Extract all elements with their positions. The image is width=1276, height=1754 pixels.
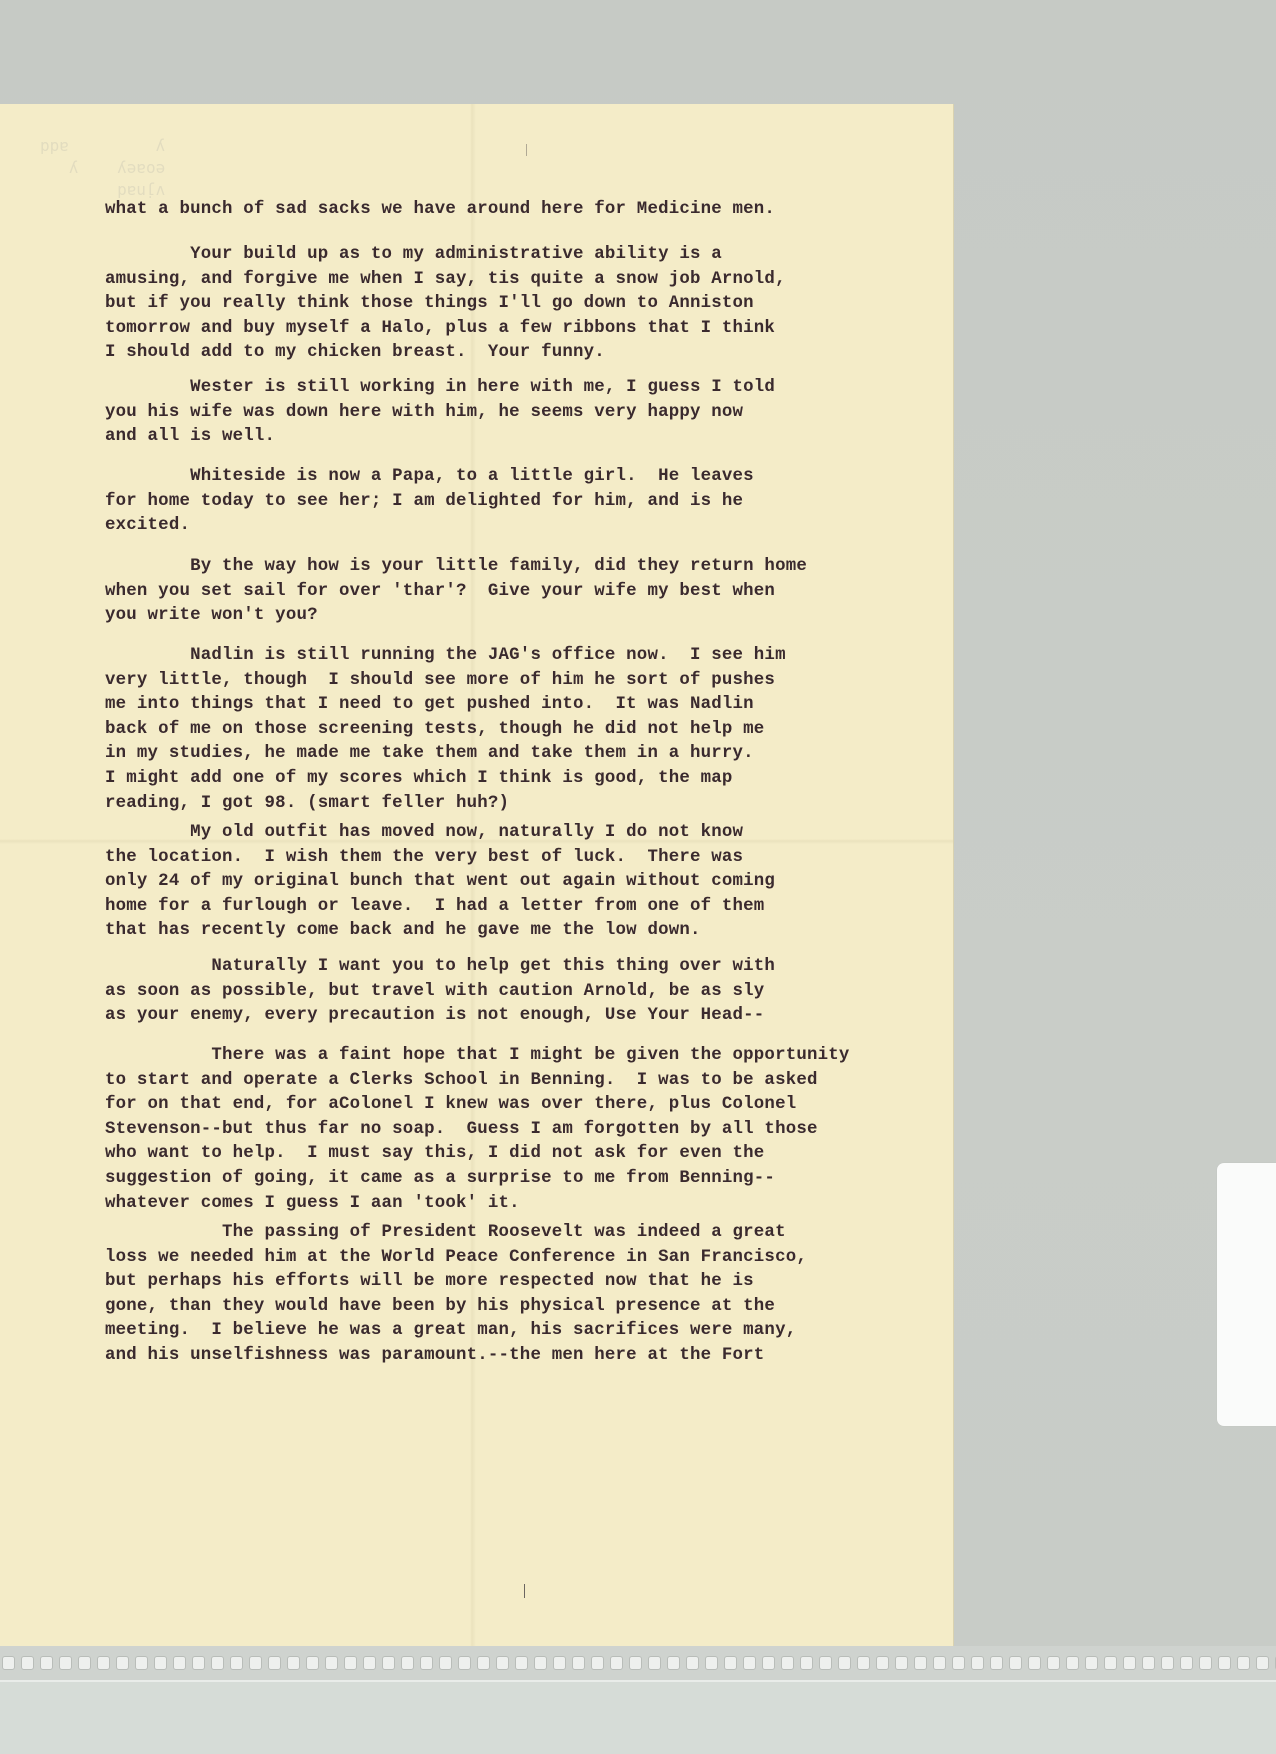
- paragraph-9: There was a faint hope that I might be g…: [105, 1044, 850, 1216]
- letter-body: what a bunch of sad sacks we have around…: [0, 104, 953, 1646]
- perforation-hole: [420, 1656, 433, 1670]
- paragraph-10: The passing of President Roosevelt was i…: [105, 1221, 807, 1369]
- index-tab: [1217, 1163, 1276, 1426]
- perforation-hole: [933, 1656, 946, 1670]
- perforation-hole: [857, 1656, 870, 1670]
- perforation-hole: [724, 1656, 737, 1670]
- plastic-sleeve-edge: [0, 1680, 1276, 1754]
- perforation-hole: [306, 1656, 319, 1670]
- perforation-hole: [667, 1656, 680, 1670]
- perforation-hole: [952, 1656, 965, 1670]
- perforation-hole: [21, 1656, 34, 1670]
- perforation-hole: [971, 1656, 984, 1670]
- perforation-hole: [401, 1656, 414, 1670]
- perforation-hole: [78, 1656, 91, 1670]
- perforation-hole: [705, 1656, 718, 1670]
- perforation-hole: [2, 1656, 15, 1670]
- perforation-hole: [591, 1656, 604, 1670]
- perforation-hole: [1047, 1656, 1060, 1670]
- paragraph-3: Wester is still working in here with me,…: [105, 376, 775, 450]
- perforation-hole: [211, 1656, 224, 1670]
- fold-mark: [526, 144, 527, 156]
- perforation-hole: [230, 1656, 243, 1670]
- perforation-hole: [1009, 1656, 1022, 1670]
- sleeve-perforation-strip: [0, 1646, 1276, 1680]
- perforation-hole: [1123, 1656, 1136, 1670]
- perforation-hole: [1256, 1656, 1269, 1670]
- perforation-hole: [553, 1656, 566, 1670]
- perforation-hole: [40, 1656, 53, 1670]
- perforation-hole: [895, 1656, 908, 1670]
- perforation-hole: [477, 1656, 490, 1670]
- perforation-hole: [648, 1656, 661, 1670]
- perforation-hole: [116, 1656, 129, 1670]
- perforation-hole: [1104, 1656, 1117, 1670]
- perforation-hole: [1085, 1656, 1098, 1670]
- perforation-hole: [97, 1656, 110, 1670]
- perforation-hole: [610, 1656, 623, 1670]
- perforation-hole: [1028, 1656, 1041, 1670]
- perforation-hole: [990, 1656, 1003, 1670]
- paragraph-6: Nadlin is still running the JAG's office…: [105, 644, 786, 816]
- paragraph-5: By the way how is your little family, di…: [105, 555, 807, 629]
- perforation-hole: [1180, 1656, 1193, 1670]
- fold-mark: [524, 1584, 525, 1598]
- perforation-hole: [838, 1656, 851, 1670]
- perforation-hole: [249, 1656, 262, 1670]
- perforation-hole: [572, 1656, 585, 1670]
- perforation-hole: [762, 1656, 775, 1670]
- perforation-hole: [496, 1656, 509, 1670]
- perforation-hole: [629, 1656, 642, 1670]
- perforation-hole: [173, 1656, 186, 1670]
- perforation-hole: [192, 1656, 205, 1670]
- paragraph-4: Whiteside is now a Papa, to a little gir…: [105, 465, 754, 539]
- perforation-hole: [1142, 1656, 1155, 1670]
- perforation-hole: [287, 1656, 300, 1670]
- perforation-hole: [781, 1656, 794, 1670]
- perforation-hole: [800, 1656, 813, 1670]
- perforation-hole: [819, 1656, 832, 1670]
- perforation-hole: [363, 1656, 376, 1670]
- perforation-hole: [344, 1656, 357, 1670]
- perforation-hole: [1161, 1656, 1174, 1670]
- perforation-hole: [534, 1656, 547, 1670]
- paragraph-8: Naturally I want you to help get this th…: [105, 955, 775, 1029]
- perforation-hole: [1218, 1656, 1231, 1670]
- perforation-hole: [743, 1656, 756, 1670]
- paragraph-7: My old outfit has moved now, naturally I…: [105, 821, 775, 944]
- perforation-hole: [154, 1656, 167, 1670]
- perforation-hole: [458, 1656, 471, 1670]
- perforation-hole: [876, 1656, 889, 1670]
- perforation-hole: [382, 1656, 395, 1670]
- perforation-hole: [325, 1656, 338, 1670]
- perforation-hole: [59, 1656, 72, 1670]
- perforation-hole: [268, 1656, 281, 1670]
- perforation-hole: [914, 1656, 927, 1670]
- perforation-hole: [1199, 1656, 1212, 1670]
- perforation-hole: [1237, 1656, 1250, 1670]
- perforation-hole: [135, 1656, 148, 1670]
- perforation-hole: [439, 1656, 452, 1670]
- paragraph-2: Your build up as to my administrative ab…: [105, 243, 786, 366]
- letter-page: vjnad eoaey y y add what a bunch of sad …: [0, 104, 953, 1646]
- perforation-hole: [515, 1656, 528, 1670]
- paragraph-1: what a bunch of sad sacks we have around…: [105, 198, 775, 223]
- perforation-hole: [1066, 1656, 1079, 1670]
- perforation-hole: [686, 1656, 699, 1670]
